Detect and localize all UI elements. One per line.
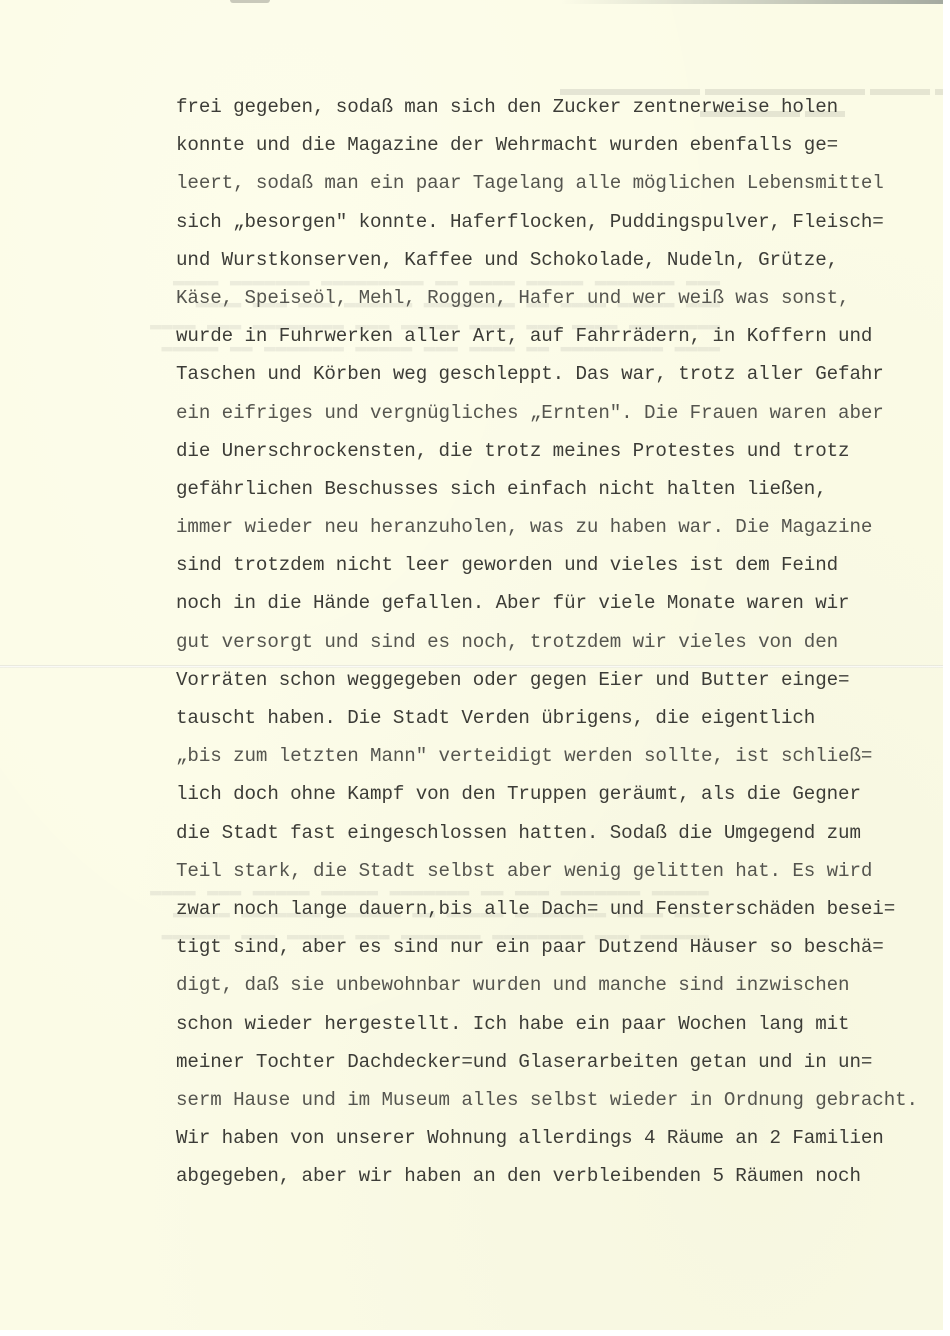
text-line: schon wieder hergestellt. Ich habe ein p… — [176, 1005, 936, 1043]
text-line: die Stadt fast eingeschlossen hatten. So… — [176, 814, 936, 852]
text-line: leert, sodaß man ein paar Tagelang alle … — [176, 164, 936, 202]
text-line: sind trotzdem nicht leer geworden und vi… — [176, 546, 936, 584]
text-line: abgegeben, aber wir haben an den verblei… — [176, 1157, 936, 1195]
text-line: tigt sind, aber es sind nur ein paar Dut… — [176, 928, 936, 966]
text-line: zwar noch lange dauern,bis alle Dach= un… — [176, 890, 936, 928]
text-line: Vorräten schon weggegeben oder gegen Eie… — [176, 661, 936, 699]
scan-edge-mark — [230, 0, 270, 3]
text-line: Taschen und Körben weg geschleppt. Das w… — [176, 355, 936, 393]
text-line: lich doch ohne Kampf von den Truppen ger… — [176, 775, 936, 813]
scan-edge-shadow — [560, 0, 943, 4]
text-line: immer wieder neu heranzuholen, was zu ha… — [176, 508, 936, 546]
text-line: Teil stark, die Stadt selbst aber wenig … — [176, 852, 936, 890]
text-line: und Wurstkonserven, Kaffee und Schokolad… — [176, 241, 936, 279]
text-line: gefährlichen Beschusses sich einfach nic… — [176, 470, 936, 508]
text-line: serm Hause und im Museum alles selbst wi… — [176, 1081, 936, 1119]
text-line: wurde in Fuhrwerken aller Art, auf Fahrr… — [176, 317, 936, 355]
text-line: konnte und die Magazine der Wehrmacht wu… — [176, 126, 936, 164]
text-line: Wir haben von unserer Wohnung allerdings… — [176, 1119, 936, 1157]
text-line: sich „besorgen" konnte. Haferflocken, Pu… — [176, 203, 936, 241]
text-line: meiner Tochter Dachdecker=und Glaserarbe… — [176, 1043, 936, 1081]
text-line: tauscht haben. Die Stadt Verden übrigens… — [176, 699, 936, 737]
text-line: Käse, Speiseöl, Mehl, Roggen, Hafer und … — [176, 279, 936, 317]
text-line: „bis zum letzten Mann" verteidigt werden… — [176, 737, 936, 775]
text-line: die Unerschrockensten, die trotz meines … — [176, 432, 936, 470]
text-line: digt, daß sie unbewohnbar wurden und man… — [176, 966, 936, 1004]
text-line: frei gegeben, sodaß man sich den Zucker … — [176, 88, 936, 126]
text-line: noch in die Hände gefallen. Aber für vie… — [176, 584, 936, 622]
text-line: ein eifriges und vergnügliches „Ernten".… — [176, 394, 936, 432]
letter-page: ▬▬▬▬ ▬▬▬ ▬▬▬▬▬▬▬▬ ▬▬▬▬▬▬▬ ▬▬ ▬▬▬▬▬ ▬▬▬ ▬… — [0, 0, 943, 1330]
letter-body: frei gegeben, sodaß man sich den Zucker … — [176, 88, 936, 1195]
text-line: gut versorgt und sind es noch, trotzdem … — [176, 623, 936, 661]
